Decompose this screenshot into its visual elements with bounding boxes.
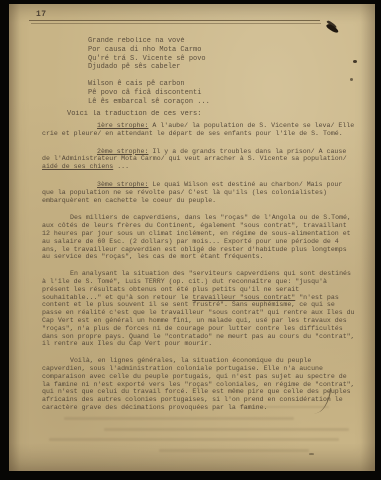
header-rule-top [29,20,320,21]
poem-line: Lê ês embarcal sê coraçon ... [88,98,210,107]
paragraph-en-analysant-underlined: travailleur "sous contrat" [192,294,295,301]
translation-intro-line: Voici la traduction de ces vers: [67,110,201,118]
ink-speck [350,78,353,81]
ink-speck [353,60,357,63]
document-body: 1ère strophe: A l'aube/ la population de… [42,122,357,421]
strophe-3: 3ème strophe: Le quai Wilson est destiné… [42,181,357,204]
poem-line: Djudado pê sês cabeler [88,63,210,72]
creole-poem: Grande rebolice na vové Por causa di nho… [88,37,210,107]
strophe-2-label: 2ème strophe: [97,148,148,155]
scanned-page: 17 Grande rebolice na vové Por causa di … [9,4,375,471]
bleedthrough-line [239,406,329,408]
paragraph-en-analysant-post: "n'est pas content et le plus souvent il… [42,294,355,348]
bleedthrough-line [159,449,309,452]
strophe-2-text: Il y a de grands troubles dans la prison… [42,148,347,163]
poem-stanza-2: Wilson ê cais pê carbon Pê povo câ ficâ … [88,80,210,106]
paragraph-des-milliers: Des milliers de capverdiens, dans les "r… [42,214,357,261]
poem-line: Grande rebolice na vové [88,37,210,46]
header-rule-bottom [31,23,321,24]
bleedthrough-line [64,417,294,420]
strophe-3-label: 3ème strophe: [97,181,148,188]
paragraph-en-analysant: En analysant la situation des "serviteur… [42,270,357,348]
poem-line: Qu'ré trá S. Vicente sê povo [88,55,210,64]
poem-line: Wilson ê cais pê carbon [88,80,210,89]
strophe-3-text: Le quai Wilson est destiné au charbon/ M… [42,181,342,204]
strophe-1-label: 1ère strophe: [97,122,148,129]
bleedthrough-line [49,438,339,441]
bleedthrough-line [104,428,349,431]
poem-stanza-1: Grande rebolice na vové Por causa di nho… [88,37,210,72]
strophe-2: 2ème strophe: Il y a de grands troubles … [42,148,357,171]
ink-blot-mark [325,23,340,34]
page-number: 17 [36,10,47,19]
poem-line: Por causa di nho Mota Carmo [88,46,210,55]
strophe-1-text: A l'aube/ la population de S. Vicente se… [42,122,354,137]
scanned-document-screenshot: { "document": { "page_number": "17", "po… [0,0,381,480]
strophe-2-underlined: aidé de ses chiens [42,163,113,170]
strophe-2-tail: ... [113,163,129,170]
strophe-1: 1ère strophe: A l'aube/ la population de… [42,122,357,138]
poem-line: Pê povo câ ficâ discontenti [88,89,210,98]
paragraph-voila: Voilà, en lignes générales, la situation… [42,357,357,412]
ink-speck [309,453,314,455]
